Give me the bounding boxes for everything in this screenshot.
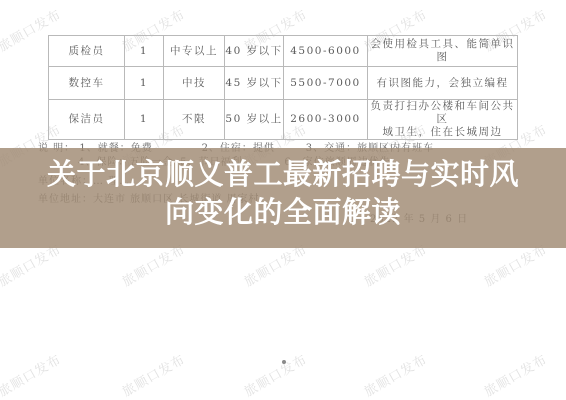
cell-salary: 4500-6000 — [284, 36, 368, 67]
watermark: 旅顺口发布 — [0, 349, 64, 400]
cell-requirement: 负责打扫办公楼和车间公共区 域卫生，住在长城周边 — [368, 100, 518, 140]
watermark: 旅顺口发布 — [240, 349, 310, 400]
cell-count: 1 — [125, 100, 164, 140]
center-dot — [282, 360, 286, 364]
cell-requirement: 有识图能力，会独立编程 — [368, 67, 518, 100]
headline-line-2: 向变化的全面解读 — [0, 193, 566, 231]
table-row: 数控车 1 中技 45 岁以下 5500-7000 有识图能力，会独立编程 — [49, 67, 518, 100]
cell-education: 中专以上 — [164, 36, 225, 67]
table-row: 保洁员 1 不限 50 岁以上 2600-3000 负责打扫办公楼和车间公共区 … — [49, 100, 518, 140]
cell-age: 50 岁以上 — [225, 100, 284, 140]
cell-salary: 2600-3000 — [284, 100, 368, 140]
cell-education: 不限 — [164, 100, 225, 140]
headline: 关于北京顺义普工最新招聘与实时风 向变化的全面解读 — [0, 155, 566, 231]
requirement-line: 负责打扫办公楼和车间公共区 — [368, 100, 517, 126]
table-row: 质检员 1 中专以上 40 岁以下 4500-6000 会使用检具工具、能简单识… — [49, 36, 518, 67]
cell-position: 数控车 — [49, 67, 125, 100]
cell-position: 质检员 — [49, 36, 125, 67]
cell-requirement: 会使用检具工具、能简单识图 — [368, 36, 518, 67]
cell-salary: 5500-7000 — [284, 67, 368, 100]
requirement-line: 域卫生，住在长城周边 — [368, 126, 517, 139]
cell-age: 45 岁以下 — [225, 67, 284, 100]
headline-line-1: 关于北京顺义普工最新招聘与实时风 — [0, 155, 566, 193]
cell-age: 40 岁以下 — [225, 36, 284, 67]
watermark: 旅顺口发布 — [118, 349, 188, 400]
watermark: 旅顺口发布 — [480, 349, 550, 400]
cell-count: 1 — [125, 36, 164, 67]
watermark: 旅顺口发布 — [360, 349, 430, 400]
cell-education: 中技 — [164, 67, 225, 100]
job-table: 质检员 1 中专以上 40 岁以下 4500-6000 会使用检具工具、能简单识… — [48, 35, 518, 140]
cell-position: 保洁员 — [49, 100, 125, 140]
cell-count: 1 — [125, 67, 164, 100]
